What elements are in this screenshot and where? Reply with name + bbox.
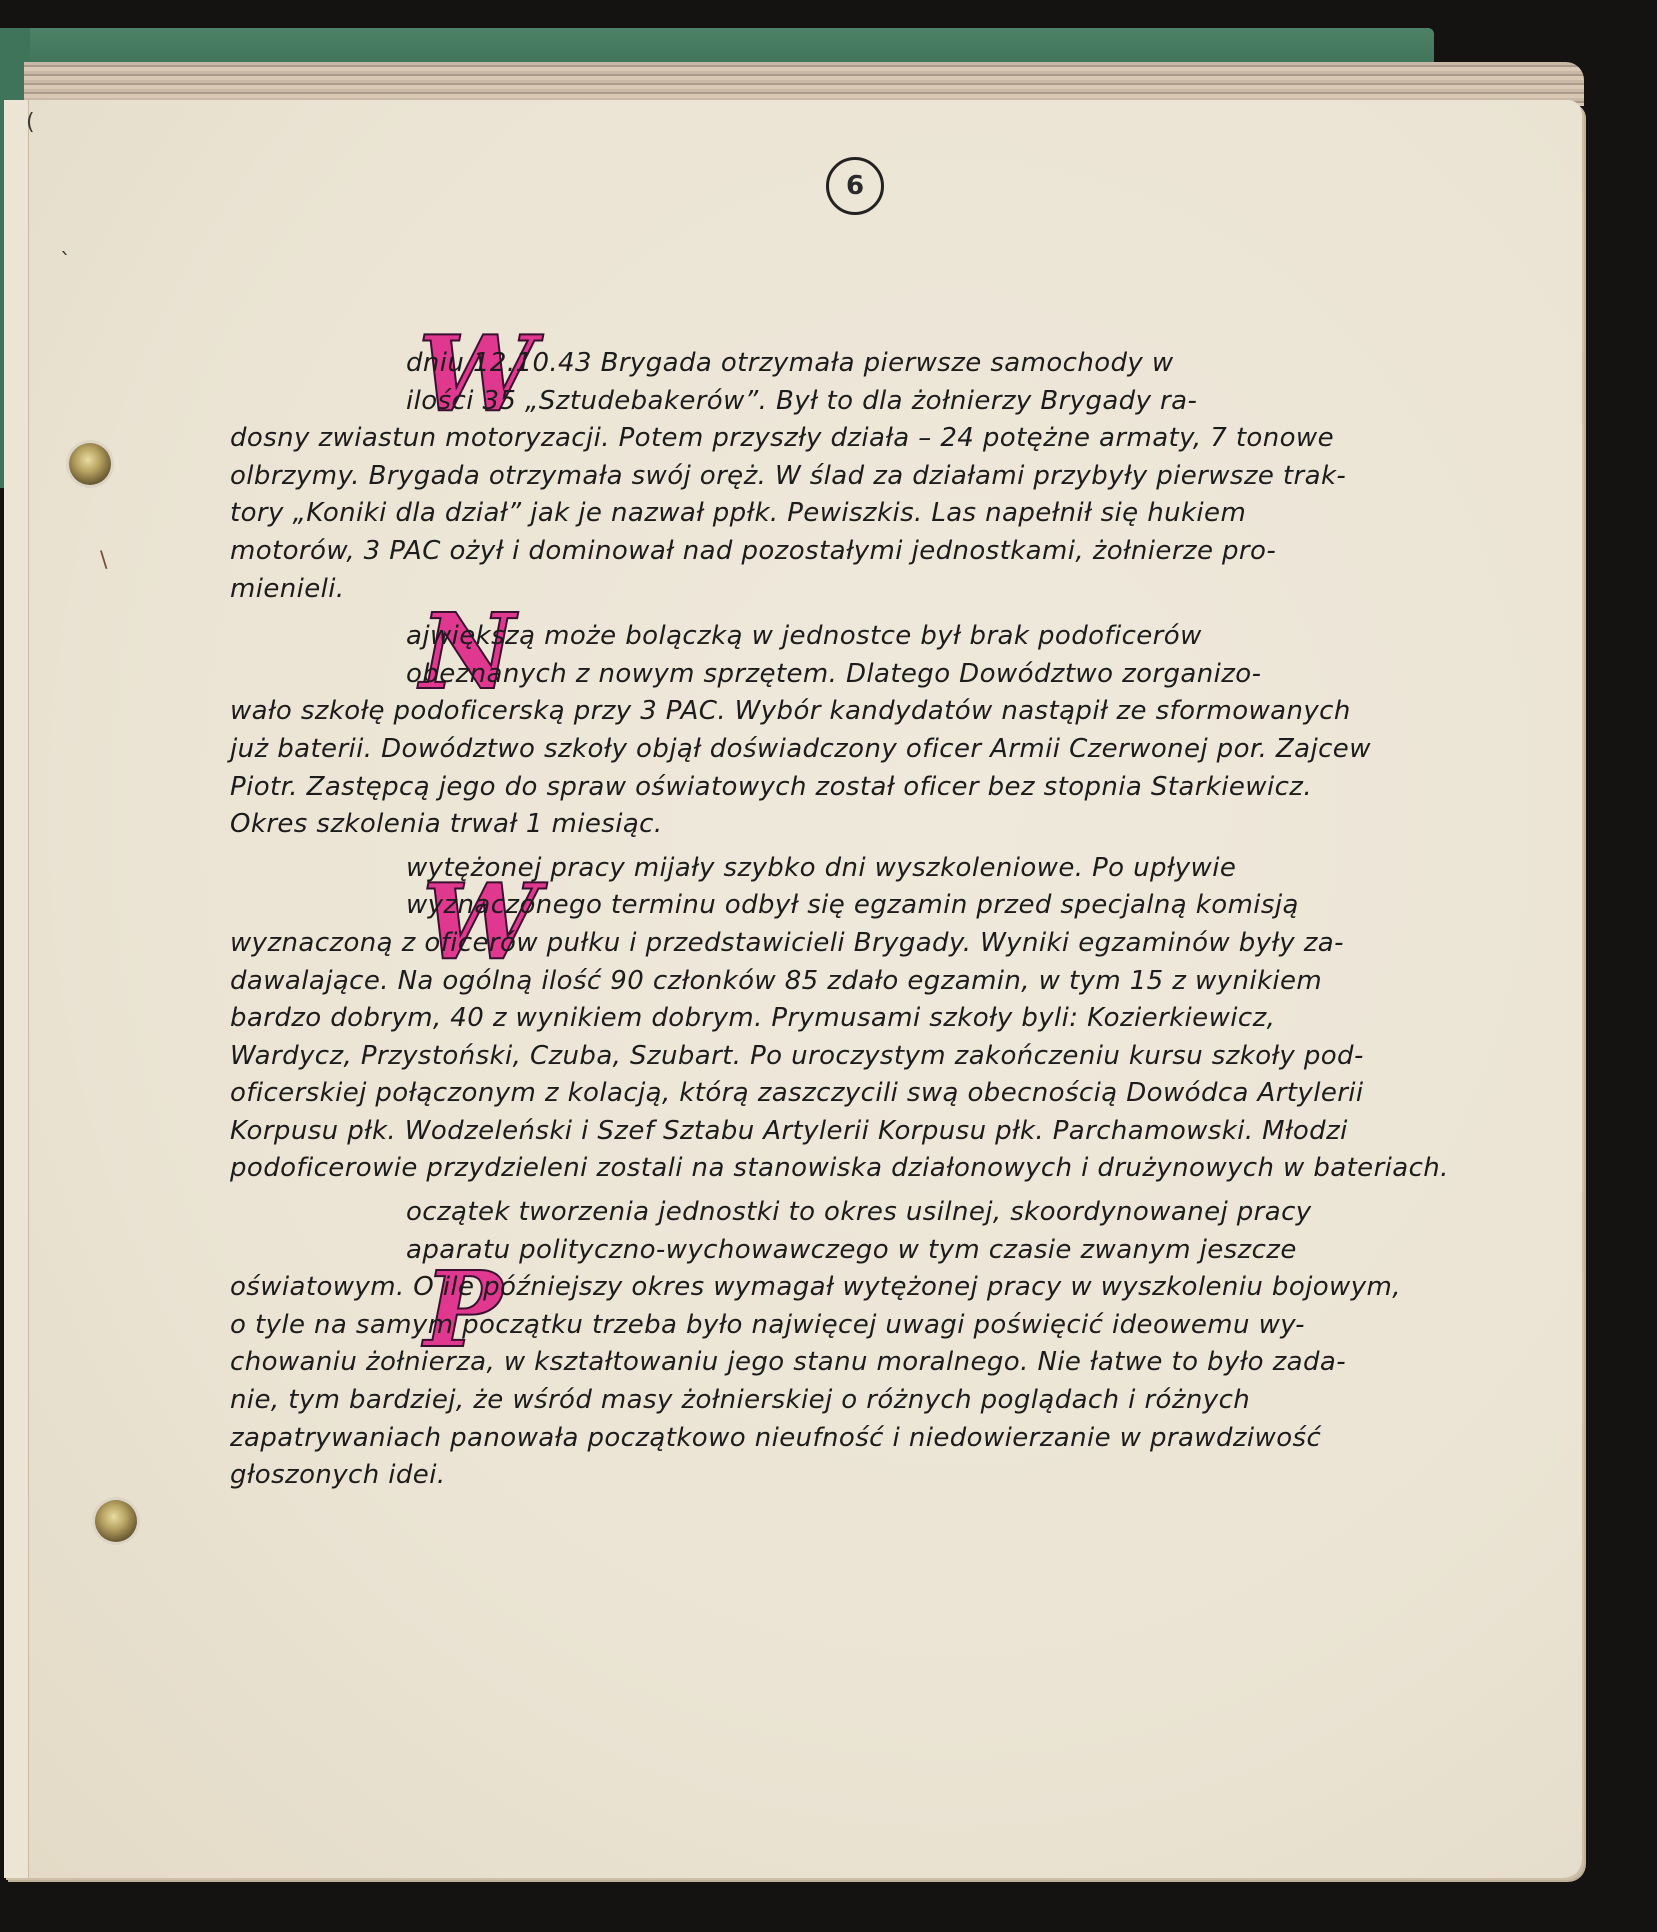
margin-mark: (: [26, 110, 35, 135]
binding-rivet-icon: [95, 1500, 137, 1542]
text-line: motorów, 3 PAC ożył i dominował nad pozo…: [230, 533, 1430, 571]
text-line: mienieli.: [230, 571, 1430, 609]
text-line: Okres szkolenia trwał 1 miesiąc.: [230, 806, 1430, 844]
paragraph-1: dniu 12.10.43 Brygada otrzymała pierwsze…: [230, 345, 1430, 608]
margin-mark: \: [100, 548, 107, 573]
text-line: ajwiększą może bolączką w jednostce był …: [230, 618, 1430, 656]
text-line: oficerskiej połączonym z kolacją, którą …: [230, 1075, 1430, 1113]
text-line: oświatowym. O ile późniejszy okres wymag…: [230, 1269, 1430, 1307]
text-line: wytężonej pracy mijały szybko dni wyszko…: [230, 850, 1430, 888]
text-line: wyznaczoną z oficerów pułku i przedstawi…: [230, 925, 1430, 963]
binding-rivet-icon: [69, 443, 111, 485]
text-line: zapatrywaniach panowała początkowo nieuf…: [230, 1420, 1430, 1458]
text-line: dniu 12.10.43 Brygada otrzymała pierwsze…: [230, 345, 1430, 383]
text-line: o tyle na samym początku trzeba było naj…: [230, 1307, 1430, 1345]
text-line: olbrzymy. Brygada otrzymała swój oręż. W…: [230, 458, 1430, 496]
text-line: Korpusu płk. Wodzeleński i Szef Sztabu A…: [230, 1113, 1430, 1151]
paragraph-4: oczątek tworzenia jednostki to okres usi…: [230, 1194, 1430, 1495]
paragraph-3: wytężonej pracy mijały szybko dni wyszko…: [230, 850, 1430, 1188]
text-line: ilości 35 „Sztudebakerów”. Był to dla żo…: [230, 383, 1430, 421]
handwritten-text-body: dniu 12.10.43 Brygada otrzymała pierwsze…: [230, 345, 1430, 1501]
text-line: nie, tym bardziej, że wśród masy żołnier…: [230, 1382, 1430, 1420]
text-line: podoficerowie przydzieleni zostali na st…: [230, 1150, 1430, 1188]
text-line: obeznanych z nowym sprzętem. Dlatego Dow…: [230, 656, 1430, 694]
text-line: dawalające. Na ogólną ilość 90 członków …: [230, 963, 1430, 1001]
margin-mark: `: [60, 250, 71, 275]
text-line: Piotr. Zastępcą jego do spraw oświatowyc…: [230, 769, 1430, 807]
text-line: wyznaczonego terminu odbył się egzamin p…: [230, 887, 1430, 925]
text-line: aparatu polityczno-wychowawczego w tym c…: [230, 1232, 1430, 1270]
text-line: już baterii. Dowództwo szkoły objął dośw…: [230, 731, 1430, 769]
text-line: chowaniu żołnierza, w kształtowaniu jego…: [230, 1344, 1430, 1382]
page-number: 6: [826, 157, 884, 215]
page-number-text: 6: [846, 171, 864, 201]
paragraph-2: ajwiększą może bolączką w jednostce był …: [230, 618, 1430, 844]
binding-strip: [4, 100, 29, 1878]
text-line: tory „Koniki dla dział” jak je nazwał pp…: [230, 495, 1430, 533]
text-line: wało szkołę podoficerską przy 3 PAC. Wyb…: [230, 693, 1430, 731]
text-line: oczątek tworzenia jednostki to okres usi…: [230, 1194, 1430, 1232]
text-line: głoszonych idei.: [230, 1457, 1430, 1495]
text-line: bardzo dobrym, 40 z wynikiem dobrym. Pry…: [230, 1000, 1430, 1038]
text-line: dosny zwiastun motoryzacji. Potem przysz…: [230, 420, 1430, 458]
text-line: Wardycz, Przystoński, Czuba, Szubart. Po…: [230, 1038, 1430, 1076]
